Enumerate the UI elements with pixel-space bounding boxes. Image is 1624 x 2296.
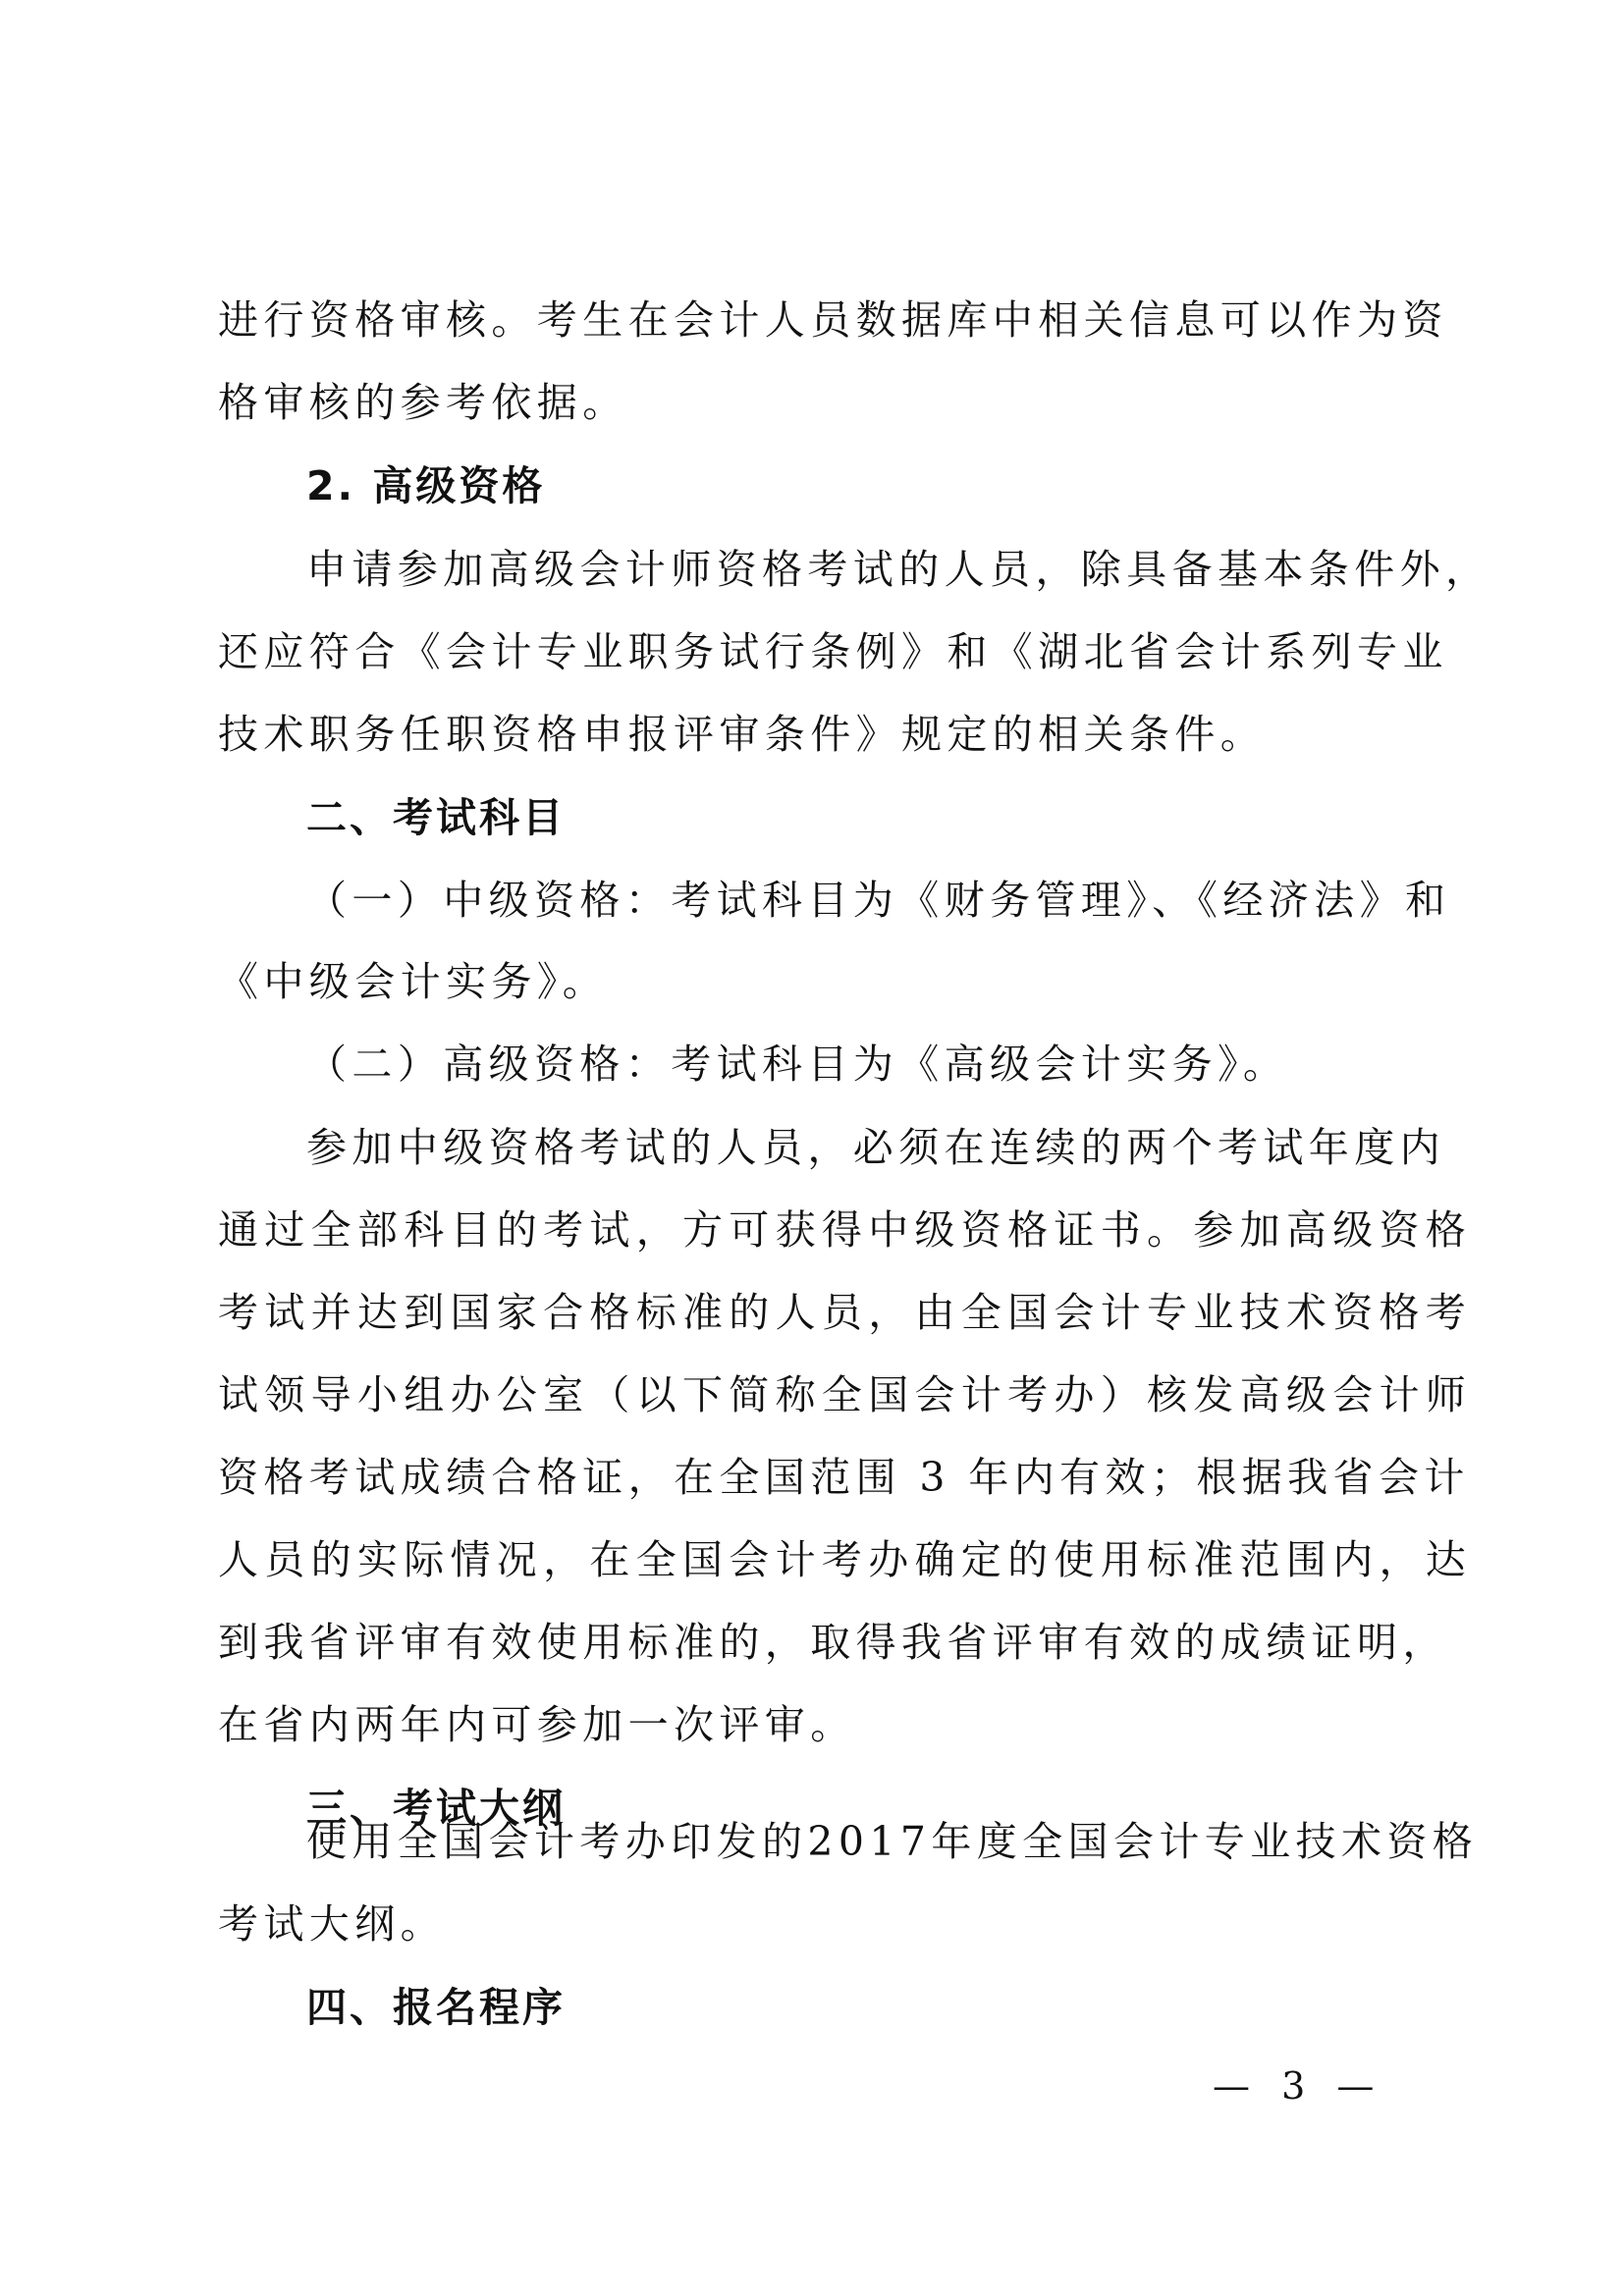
paragraph-line: 考试并达到国家合格标准的人员，由全国会计专业技术资格考 [218, 1283, 1416, 1342]
section-heading-registration-procedure: 四、报名程序 [306, 1978, 1504, 2037]
paragraph-line: 试领导小组办公室（以下简称全国会计考办）核发高级会计师 [218, 1365, 1416, 1424]
paragraph-line: 考试大纲。 [218, 1895, 1416, 1953]
paragraph-line: 格审核的参考依据。 [218, 373, 1416, 432]
document-page: 进行资格审核。考生在会计人员数据库中相关信息可以作为资 格审核的参考依据。 2.… [0, 0, 1624, 2296]
paragraph-line: 资格考试成绩合格证，在全国范围 3 年内有效；根据我省会计 [218, 1448, 1416, 1507]
paragraph-line: 在省内两年内可参加一次评审。 [218, 1695, 1416, 1754]
paragraph-line: 人员的实际情况，在全国会计考办确定的使用标准范围内，达 [218, 1530, 1416, 1589]
paragraph-line: （二）高级资格：考试科目为《高级会计实务》。 [306, 1035, 1504, 1094]
paragraph-line: 技术职务任职资格申报评审条件》规定的相关条件。 [218, 705, 1416, 764]
paragraph-line: 申请参加高级会计师资格考试的人员，除具备基本条件外， [306, 540, 1504, 599]
paragraph-line: 使用全国会计考办印发的2017年度全国会计专业技术资格 [306, 1812, 1504, 1871]
page-number: — 3 — [1213, 2061, 1383, 2110]
paragraph-line: 进行资格审核。考生在会计人员数据库中相关信息可以作为资 [218, 291, 1416, 349]
paragraph-line: （一）中级资格：考试科目为《财务管理》、《经济法》和 [306, 871, 1504, 930]
paragraph-line: 到我省评审有效使用标准的，取得我省评审有效的成绩证明， [218, 1613, 1416, 1672]
paragraph-line: 《中级会计实务》。 [218, 952, 1416, 1011]
paragraph-line: 还应符合《会计专业职务试行条例》和《湖北省会计系列专业 [218, 622, 1416, 681]
section-heading-exam-subjects: 二、考试科目 [306, 788, 1504, 847]
subsection-heading-senior-qualification: 2. 高级资格 [306, 456, 1504, 515]
paragraph-line: 参加中级资格考试的人员，必须在连续的两个考试年度内 [306, 1118, 1504, 1177]
paragraph-line: 通过全部科目的考试，方可获得中级资格证书。参加高级资格 [218, 1201, 1416, 1259]
